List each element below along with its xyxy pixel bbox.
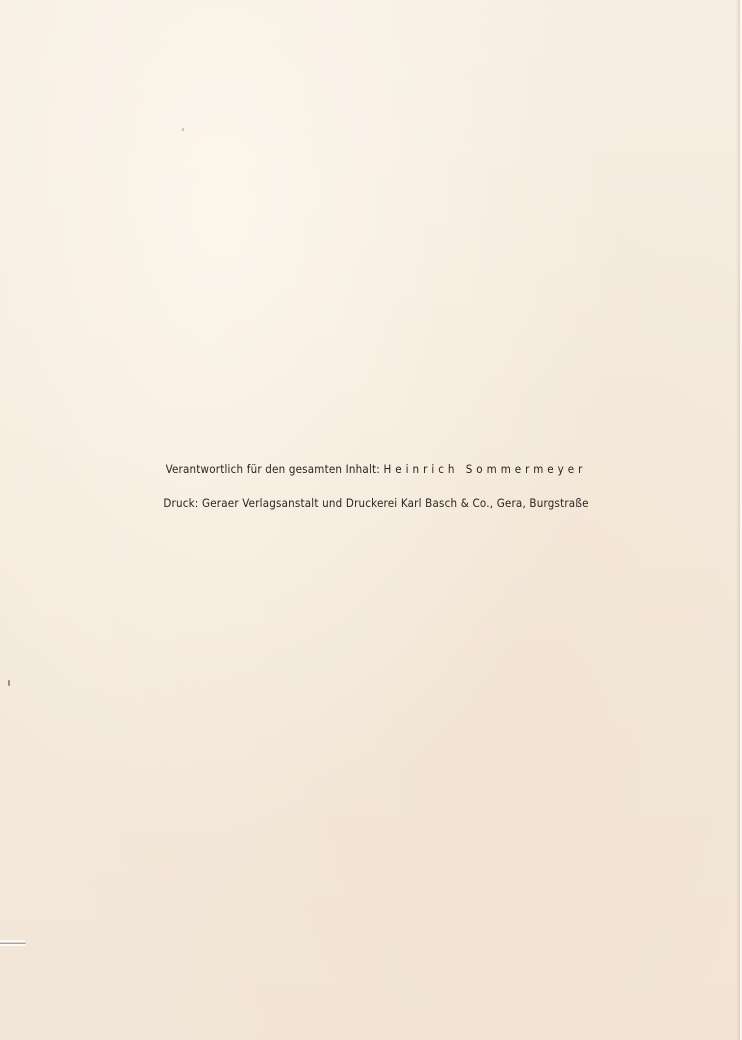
responsible-name: Heinrich Sommermeyer xyxy=(383,462,586,476)
responsible-label: Verantwortlich für den gesamten Inhalt: xyxy=(166,462,380,476)
paper-fleck xyxy=(8,680,10,686)
imprint-block: Verantwortlich für den gesamten Inhalt: … xyxy=(0,462,742,530)
printer-line: Druck: Geraer Verlagsanstalt und Drucker… xyxy=(10,496,742,510)
responsibility-line: Verantwortlich für den gesamten Inhalt: … xyxy=(10,462,742,476)
document-page: Verantwortlich für den gesamten Inhalt: … xyxy=(0,0,742,1040)
paper-fleck xyxy=(182,128,184,131)
staple-mark xyxy=(0,940,26,946)
